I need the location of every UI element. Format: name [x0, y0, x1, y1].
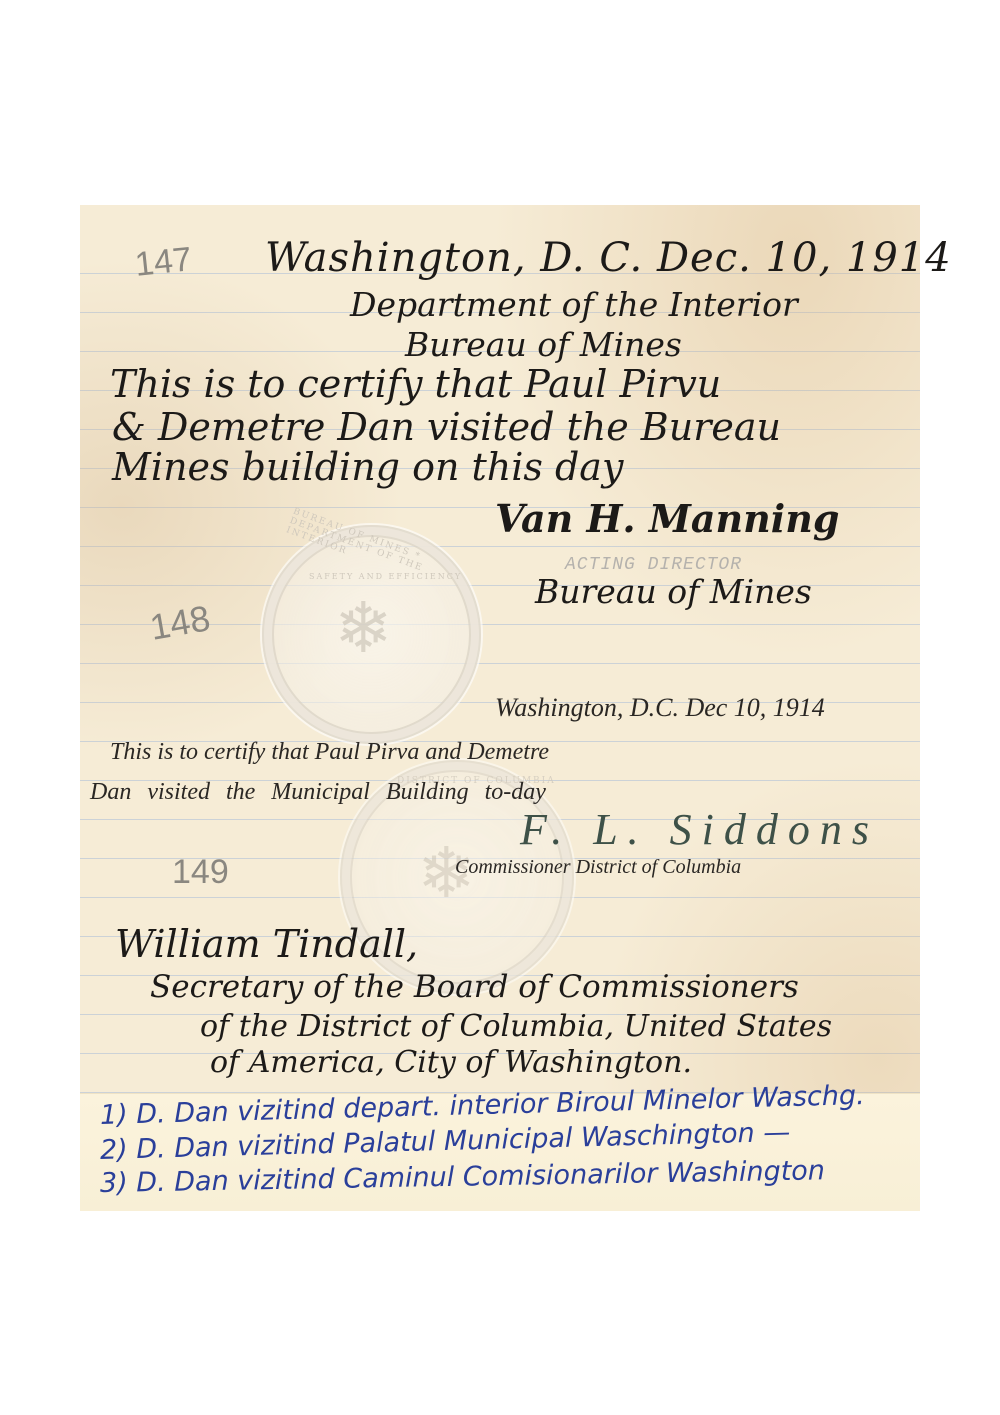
- department-heading: Department of the Interior: [350, 288, 798, 321]
- certificate-1-line-1: This is to certify that Paul Pirvu: [110, 365, 721, 403]
- page-number-149: 149: [172, 855, 229, 889]
- seal-motto: SAFETY AND EFFICIENCY: [309, 572, 462, 581]
- certificate-2-line-2: Dan visited the Municipal Building to-da…: [90, 780, 546, 804]
- dateline-2: Washington, D.C. Dec 10, 1914: [495, 695, 825, 721]
- title-line-1: Secretary of the Board of Commissioners: [150, 972, 799, 1003]
- certificate-2-line-1: This is to certify that Paul Pirva and D…: [110, 740, 549, 764]
- signature-manning: Van H. Manning: [495, 500, 839, 538]
- certificate-1-line-3: Mines building on this day: [112, 448, 623, 486]
- signature-siddons: F. L. Siddons: [520, 808, 879, 852]
- page-number-148: 148: [147, 600, 212, 646]
- signer-title-bureau: Bureau of Mines: [535, 575, 812, 608]
- eagle-emblem-icon: ❄: [334, 587, 393, 670]
- dateline-1: Washington, D. C. Dec. 10, 1914: [265, 238, 952, 278]
- bureau-of-mines-seal: ❄ BUREAU OF MINES * DEPARTMENT OF THE IN…: [262, 525, 481, 744]
- page-number-147: 147: [133, 242, 193, 282]
- certificate-1-line-2: & Demetre Dan visited the Bureau: [112, 408, 781, 446]
- title-line-3: of America, City of Washington.: [210, 1048, 692, 1078]
- bureau-heading: Bureau of Mines: [405, 328, 682, 361]
- name-william-tindall: William Tindall,: [115, 925, 418, 963]
- title-line-2: of the District of Columbia, United Stat…: [200, 1012, 832, 1042]
- signer-title-commissioner: Commissioner District of Columbia: [455, 857, 741, 877]
